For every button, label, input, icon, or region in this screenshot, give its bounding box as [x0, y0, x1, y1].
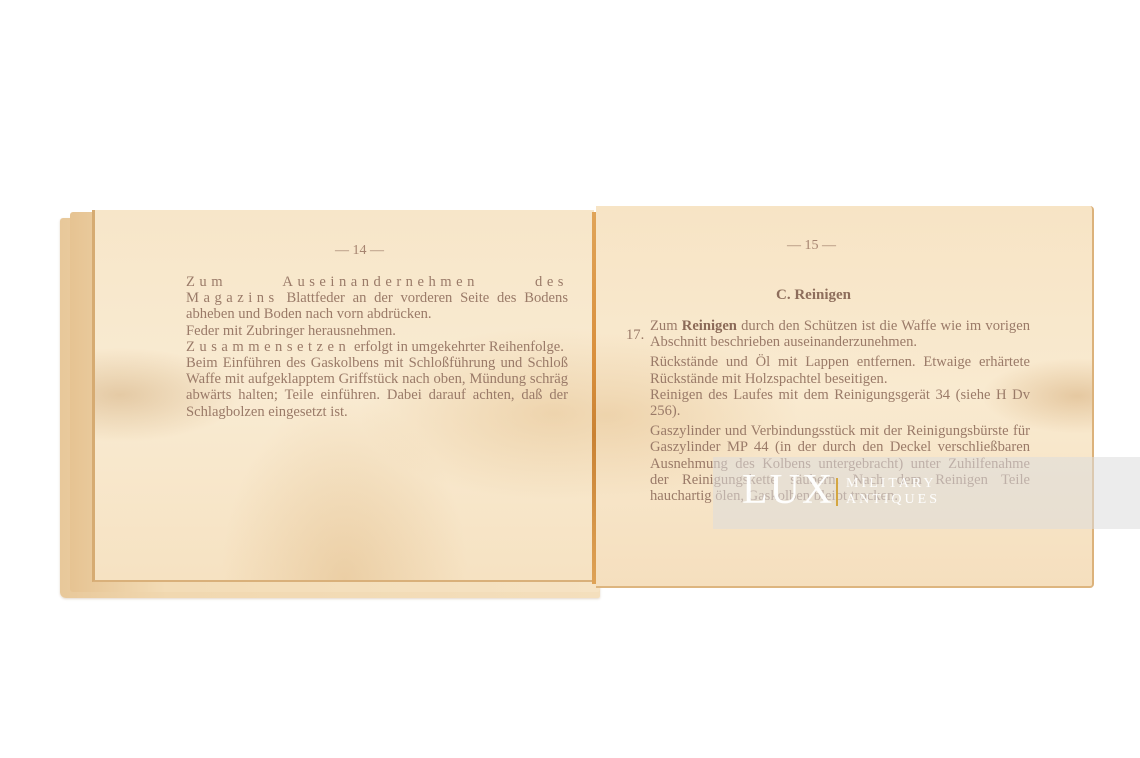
- paragraph-text: Zum: [650, 318, 682, 334]
- spaced-text: Zusammensetzen: [186, 339, 350, 355]
- left-paragraph-1: Zum Auseinandernehmen des Magazins Blatt…: [186, 274, 568, 323]
- section-title: C. Reinigen: [776, 287, 851, 304]
- paragraph-text: Beim Einführen des Gaskolbens mit Schloß…: [186, 355, 568, 420]
- right-page-number: — 15 —: [787, 238, 836, 254]
- right-paragraph-1: Zum Reinigen durch den Schützen ist die …: [650, 318, 1030, 350]
- watermark-divider: [836, 478, 838, 506]
- watermark-logo: LUX: [742, 466, 834, 514]
- bold-text: Reinigen: [682, 318, 737, 334]
- left-page-number: — 14 —: [335, 243, 384, 259]
- booklet-spine: [592, 212, 596, 584]
- left-paragraph-4: Beim Einführen des Gaskolbens mit Schloß…: [186, 355, 568, 420]
- left-paragraph-3: Zusammensetzen erfolgt in umgekehrter Re…: [186, 339, 568, 355]
- paragraph-text: Rückstände und Öl mit Lappen entfernen. …: [650, 354, 1030, 386]
- paragraph-text: erfolgt in umgekehrter Reihenfolge.: [350, 339, 564, 355]
- right-paragraph-2: Rückstände und Öl mit Lappen entfernen. …: [650, 354, 1030, 386]
- photo-scene: — 14 — Zum Auseinandernehmen des Magazin…: [0, 0, 1140, 758]
- left-page-body: Zum Auseinandernehmen des Magazins Blatt…: [186, 274, 568, 420]
- paragraph-text: Feder mit Zubringer herausnehmen.: [186, 323, 396, 339]
- right-paragraph-3: Reinigen des Laufes mit dem Reinigungsge…: [650, 387, 1030, 419]
- item-number: 17.: [626, 327, 644, 344]
- watermark-line-2: ANTIQUES: [846, 492, 940, 508]
- paragraph-text: Reinigen des Laufes mit dem Reinigungsge…: [650, 387, 1030, 419]
- left-paragraph-2: Feder mit Zubringer herausnehmen.: [186, 323, 568, 339]
- watermark-line-1: MILITARY: [846, 476, 937, 492]
